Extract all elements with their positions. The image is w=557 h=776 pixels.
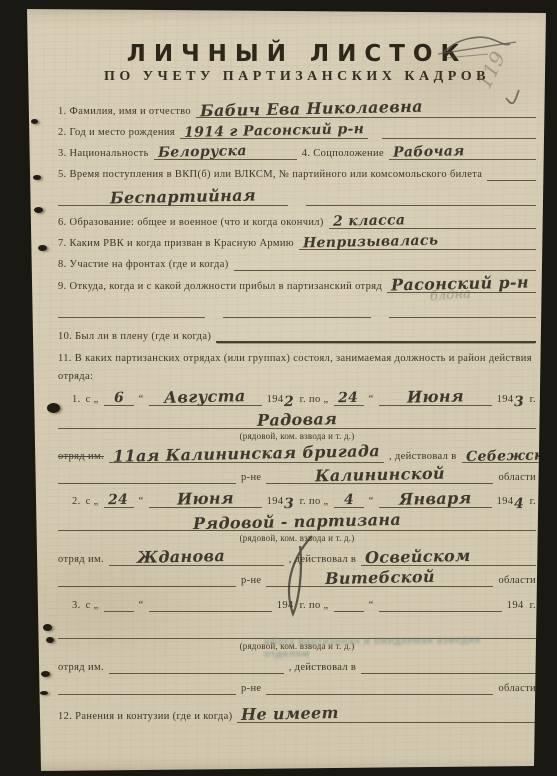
record-1-oblast-label: области: [493, 471, 536, 484]
record-1-district-row: р-не Калининской области: [58, 469, 536, 484]
form-line: [109, 660, 284, 674]
field-fronts: 8. Участие на фронтах (где и когда): [58, 257, 536, 271]
document-subtitle: ПО УЧЕТУ ПАРТИЗАНСКИХ КАДРОВ: [58, 70, 536, 83]
record-2-oblast-label: области: [493, 574, 536, 587]
form-line: [266, 681, 493, 695]
form-line: 2 класса: [329, 215, 536, 229]
form-line: [382, 125, 536, 139]
record-3-deistvoval-label: , действовал в: [284, 661, 362, 674]
field-birth-label: 2. Год и место рождения: [58, 126, 180, 139]
field-captivity: 10. Был ли в плену (где и когда): [58, 328, 536, 343]
form-line: Июня: [379, 391, 492, 406]
ink-speck: [31, 119, 38, 124]
quote-label: “: [364, 599, 379, 612]
ink-speck: [47, 403, 60, 413]
form-line: [216, 328, 536, 343]
field-party-value-row: Беспартийная: [58, 191, 536, 206]
crossed-scribble-mark: [436, 32, 524, 60]
record-3-district-row: р-не области: [58, 681, 536, 695]
field-birth: 2. Год и место рождения 1914 г Расонский…: [58, 125, 536, 139]
form-line: Калининской: [266, 469, 493, 484]
form-line: Непризывалась: [299, 236, 536, 250]
bleedthrough-stamp: вбота вартизннан и ожидаемая азиедия отд…: [264, 635, 489, 661]
record-1-district: Калининской: [315, 469, 445, 482]
ink-speck: [40, 691, 48, 695]
form-line: 1914 г Расонский р-н: [180, 125, 368, 139]
form-line: 6: [104, 392, 134, 406]
g-label: г.: [525, 495, 536, 508]
record-1-day-to: 24: [338, 393, 358, 403]
ink-speck: [34, 207, 43, 213]
record-2-year-from: 3: [284, 499, 294, 509]
record-2-day-from: 24: [108, 495, 128, 505]
record-1-position: Радовая: [257, 414, 337, 426]
quote-label: “: [134, 599, 149, 612]
scan-background: ЛИЧНЫЙ ЛИСТОК ПО УЧЕТУ ПАРТИЗАНСКИХ КАДР…: [0, 0, 557, 776]
record-2-year-to: 4: [514, 499, 524, 509]
field-nationality-value: Белоруска: [158, 146, 247, 158]
record-1-deistvoval-label: , действовал в: [384, 450, 462, 463]
form-line: Радовая: [58, 414, 536, 429]
record-2-unit-label: отряд им.: [58, 553, 109, 566]
field-arrival-extra-row: [58, 304, 536, 318]
field-arrival-label: 9. Откуда, когда и с какой должности при…: [58, 280, 387, 293]
year-prefix: 194: [262, 495, 285, 508]
quote-label: “: [364, 393, 379, 406]
record-1-num: 1.: [72, 393, 86, 406]
gpo-label: г. по „: [295, 495, 334, 508]
form-line: [58, 304, 205, 318]
field-nationality-label: 3. Национальность: [58, 147, 154, 160]
year-prefix: 194: [502, 599, 525, 612]
form-line: [379, 598, 502, 612]
form-line: [487, 167, 536, 181]
year-prefix: 194: [492, 495, 515, 508]
date-open-label: с „: [86, 393, 104, 406]
form-line: [149, 598, 272, 612]
gpo-label: г. по „: [295, 393, 334, 406]
date-open-label: с „: [86, 599, 104, 612]
record-2-rne-label: р-не: [236, 574, 266, 587]
record-2-position-row: Рядовой - партизана: [58, 516, 536, 531]
form-line: Января: [379, 493, 492, 508]
ink-speck: [46, 637, 54, 643]
year-prefix: 194: [492, 393, 515, 406]
record-1-rank-note: (рядовой, ком. взвода и т. д.): [58, 430, 536, 443]
form-line: [234, 257, 536, 271]
ink-speck: [38, 245, 47, 251]
record-3-rne-label: р-не: [236, 682, 266, 695]
quote-label: “: [364, 495, 379, 508]
record-1-unit: 11ая Калининская бригада: [113, 446, 380, 462]
form-line: Не имеет: [237, 708, 536, 723]
form-line: [361, 660, 536, 674]
field-name: 1. Фамилия, имя и отчество Бабич Ева Ник…: [58, 103, 536, 118]
field-service-intro-line1: 11. В каких партизанских отрядах (или гр…: [58, 352, 536, 365]
record-1-year-to: 3: [514, 397, 524, 407]
field-education: 6. Образование: общее и военное (что и к…: [58, 215, 536, 229]
form-line: [334, 598, 364, 612]
bleedthrough-stamp-line2: отделом: [264, 647, 489, 661]
date-open-label: с „: [86, 495, 104, 508]
ink-speck: [33, 175, 41, 180]
record-2-month-from: Июня: [177, 493, 234, 504]
record-3-unit-label: отряд им.: [58, 661, 109, 674]
record-1-position-row: Радовая: [58, 414, 536, 429]
form-line: 11ая Калининская бригада: [109, 448, 384, 463]
form-line: [306, 192, 536, 206]
record-1-unit-label: отряд им.: [58, 450, 109, 463]
form-line: 24: [334, 392, 364, 406]
record-2-district: Витебской: [325, 572, 435, 584]
record-1-area: Себежский - Идрицком: [465, 448, 557, 462]
form-line: Августа: [149, 391, 262, 406]
record-2-month-to: Января: [399, 493, 472, 505]
ink-speck: [41, 671, 50, 677]
field-rvk-label: 7. Каким РВК и когда призван в Красную А…: [58, 237, 299, 250]
field-rvk-value: Непризывалась: [303, 236, 439, 249]
g-label: г.: [525, 393, 536, 406]
form-line: Беспартийная: [58, 191, 288, 206]
record-2-num: 2.: [72, 495, 86, 508]
record-3-oblast-label: области: [493, 682, 536, 695]
record-1-month-from: Августа: [164, 391, 246, 403]
form-line: Себежский - Идрицком: [462, 449, 557, 463]
field-party-value: Беспартийная: [110, 190, 256, 203]
field-fronts-label: 8. Участие на фронтах (где и когда): [58, 258, 234, 271]
field-name-value: Бабич Ева Николаевна: [200, 102, 423, 117]
form-line: [58, 470, 236, 484]
form-line: Освейском: [361, 551, 536, 566]
form-line: Июня: [149, 493, 262, 508]
form-line: Белоруска: [154, 146, 297, 160]
record-3-unit-row: отряд им. , действовал в: [58, 660, 536, 674]
ink-speck: [43, 624, 52, 631]
field-social-label: 4. Соцположение: [297, 147, 389, 160]
form-line: [58, 681, 236, 695]
record-2-day-to: 4: [343, 495, 353, 505]
field-service-intro: 11. В каких партизанских отрядах (или гр…: [58, 352, 536, 383]
field-name-label: 1. Фамилия, имя и отчество: [58, 105, 196, 118]
field-birth-value: 1914 г Расонский р-н: [184, 124, 364, 138]
record-2-unit: Жданова: [137, 551, 225, 563]
form-line: Бабич Ева Николаевна: [196, 103, 536, 118]
form-line: Рабочая: [389, 146, 536, 160]
form-line: Рядовой - партизана: [58, 516, 536, 531]
g-label: г.: [525, 599, 536, 612]
record-1-dates: 1. с „ 6 “ Августа 194 2 г. по „ 24 “ Ию…: [72, 391, 536, 406]
record-1-month-to: Июня: [407, 391, 464, 402]
form-line: [223, 304, 370, 318]
bleedthrough-stamp-line1: вбота вартизннан и ожидаемая азиедия: [264, 635, 489, 649]
form-line: 24: [104, 494, 134, 508]
record-1-year-from: 2: [284, 397, 294, 407]
record-2-position: Рядовой - партизана: [193, 515, 401, 529]
field-captivity-label: 10. Был ли в плену (где и когда): [58, 330, 216, 343]
form-line: [104, 598, 134, 612]
pen-flourish-mark: [280, 534, 324, 620]
field-service-intro-line2: отряда:: [58, 370, 536, 383]
form-line: [389, 304, 536, 318]
year-prefix: 194: [262, 393, 285, 406]
form-line: 4: [334, 494, 364, 508]
field-rvk: 7. Каким РВК и когда призван в Красную А…: [58, 236, 536, 250]
record-1-rne-label: р-не: [236, 471, 266, 484]
record-3-num: 3.: [72, 599, 86, 612]
field-education-label: 6. Образование: общее и военное (что и к…: [58, 216, 329, 229]
field-social-value: Рабочая: [393, 146, 465, 157]
field-nationality-social: 3. Национальность Белоруска 4. Соцположе…: [58, 146, 536, 160]
record-1-unit-row: отряд им. 11ая Калининская бригада , дей…: [58, 448, 536, 463]
record-2-area: Освейском: [365, 551, 471, 563]
quote-label: “: [134, 393, 149, 406]
record-1-day-from: 6: [113, 393, 123, 403]
field-wounds-label: 12. Ранения и контузии (где и когда): [58, 710, 237, 723]
record-2-dates: 2. с „ 24 “ Июня 194 3 г. по „ 4 “ Январ…: [72, 493, 536, 508]
field-wounds: 12. Ранения и контузии (где и когда) Не …: [58, 708, 536, 723]
checkmark-pencil-icon: [504, 88, 522, 108]
field-party-label: 5. Время поступления в ВКП(б) или ВЛКСМ,…: [58, 168, 487, 181]
form-line: [58, 573, 236, 587]
field-party: 5. Время поступления в ВКП(б) или ВЛКСМ,…: [58, 167, 536, 181]
quote-label: “: [134, 495, 149, 508]
pencil-illegible-note: блдна: [430, 287, 472, 305]
form-line: Жданова: [109, 551, 284, 566]
field-wounds-value: Не имеет: [241, 708, 339, 720]
field-education-value: 2 класса: [333, 215, 406, 227]
